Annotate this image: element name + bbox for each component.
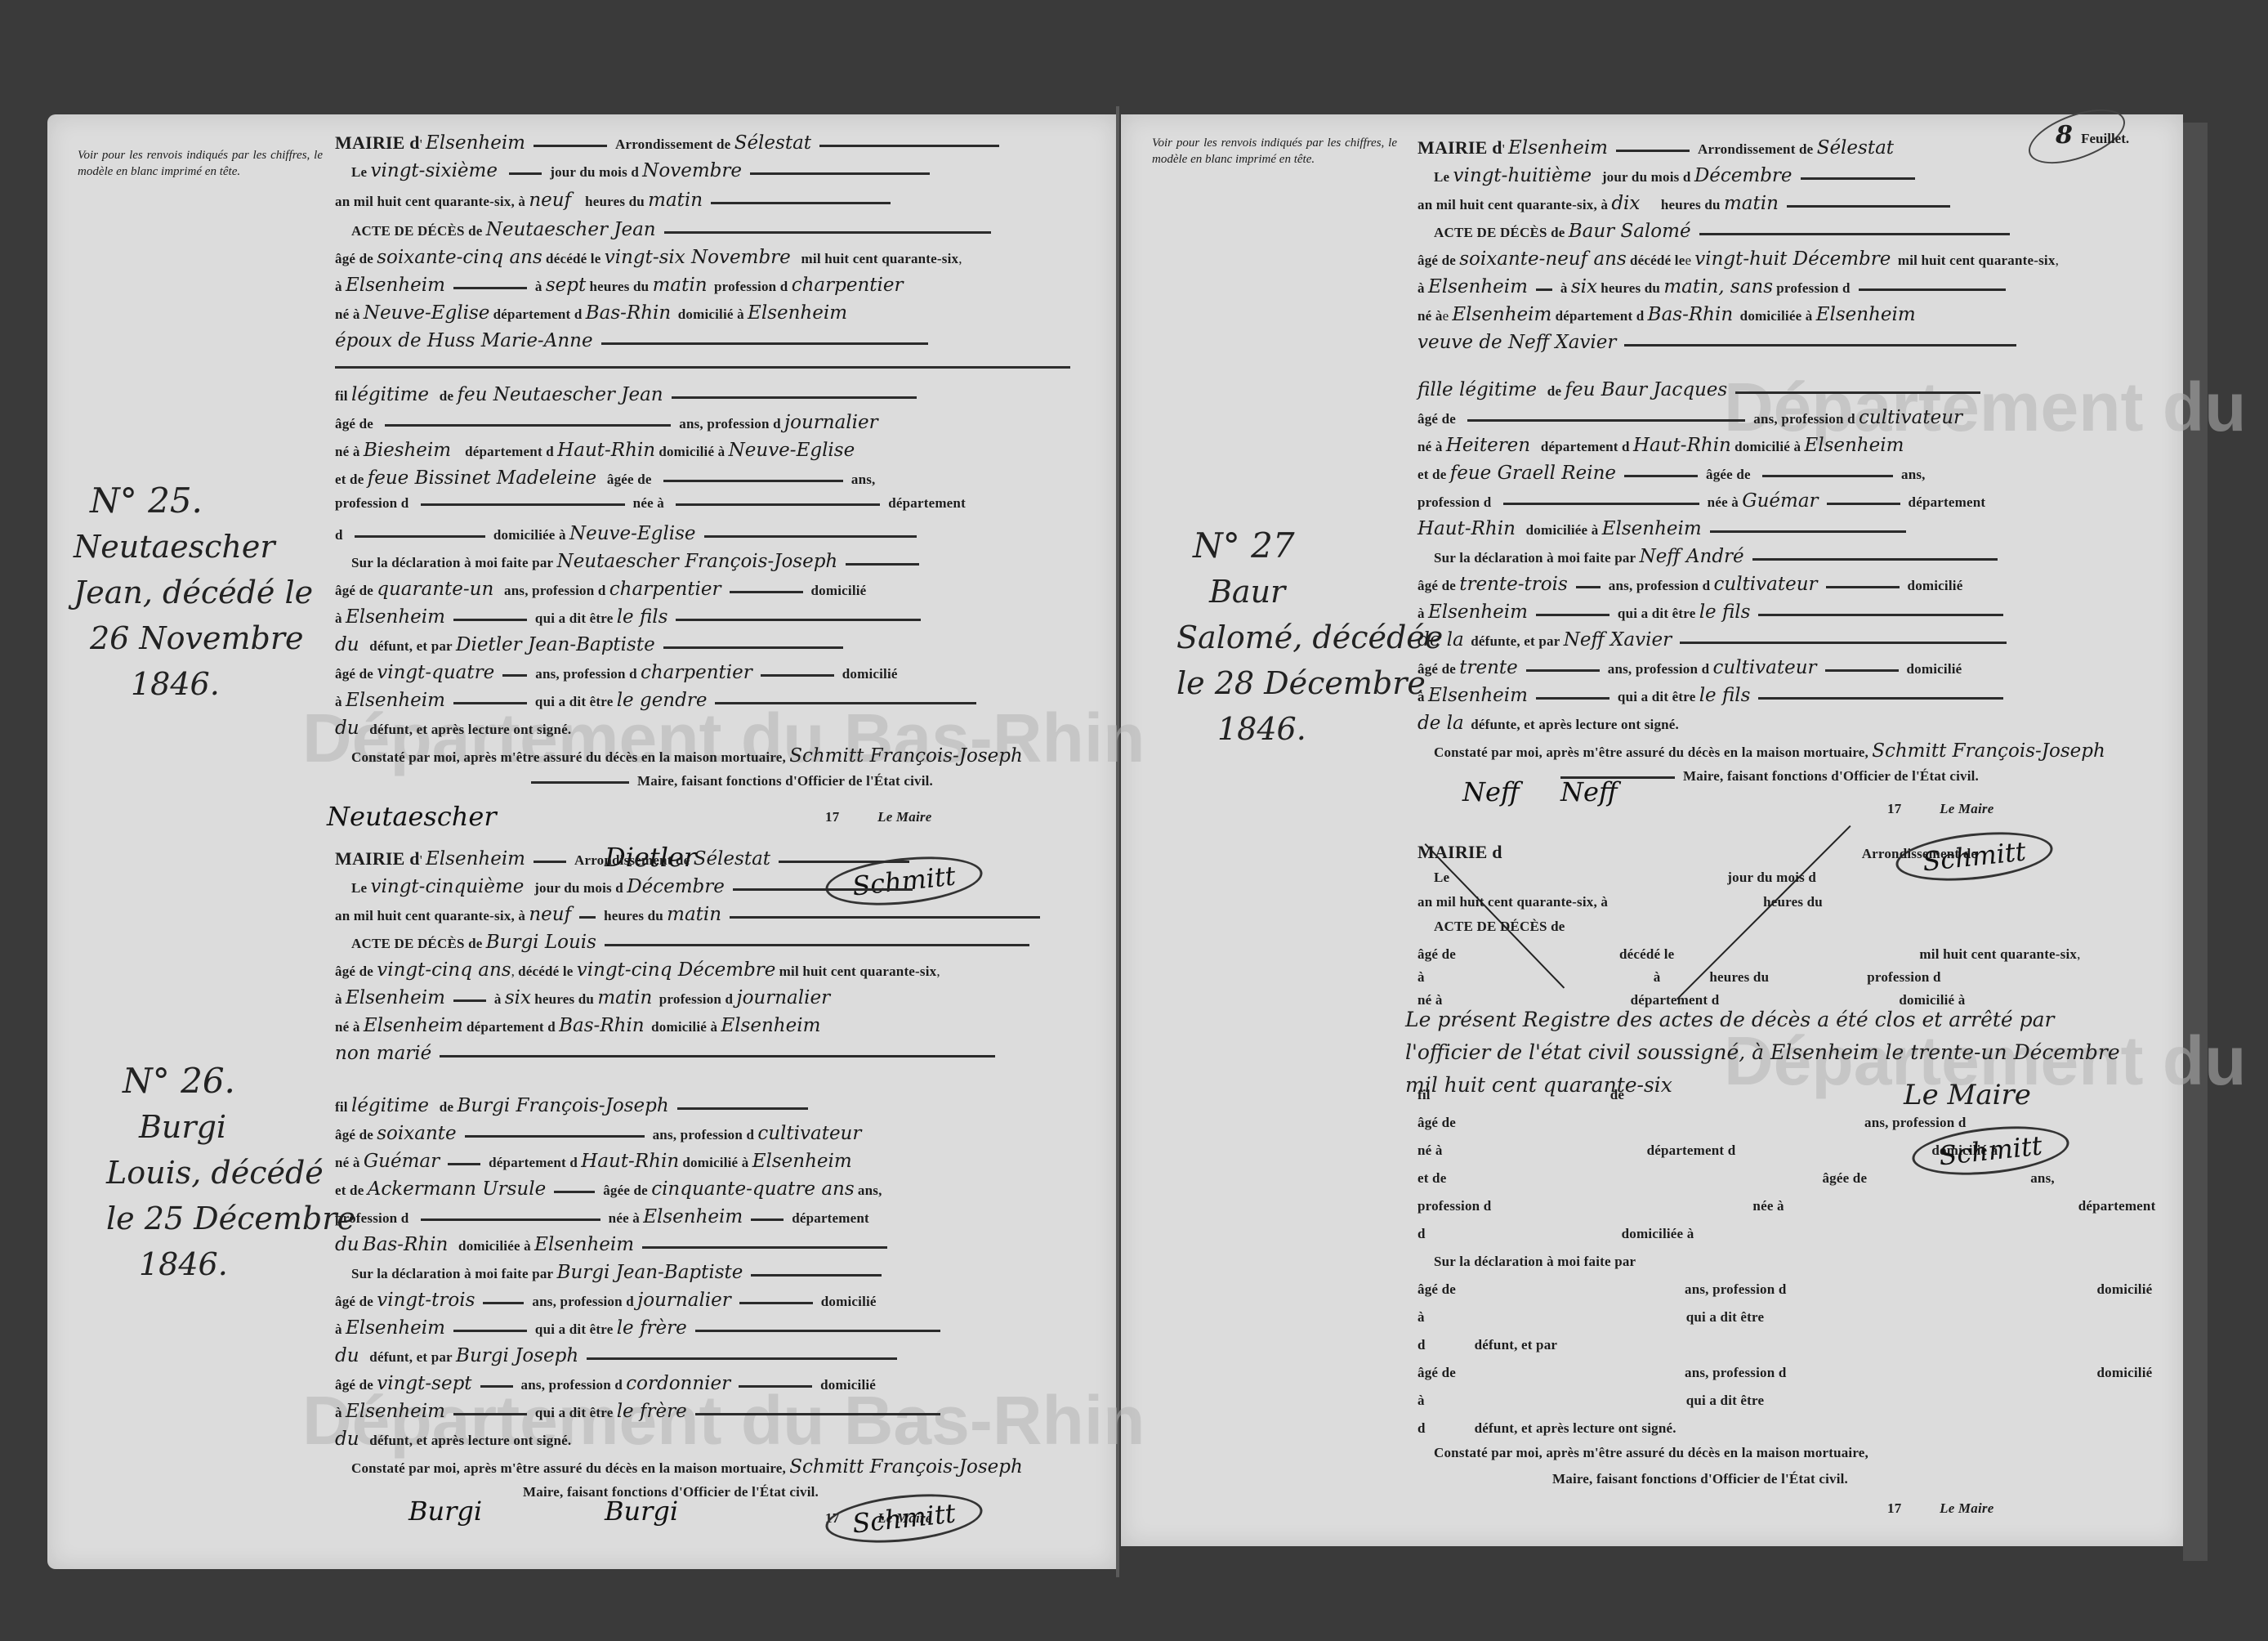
signature-declarant-2: Burgi: [605, 1496, 678, 1527]
leaf-number-value: 8: [2056, 121, 2073, 150]
declarant-1: Neutaescher François-Joseph: [557, 551, 838, 572]
signature-declarant-1: Burgi: [409, 1496, 482, 1527]
margin-entry-act-25: N° 25. Neutaescher Jean, décédé le 26 No…: [74, 478, 313, 707]
signature-declarant-1: Neutaescher: [327, 801, 497, 832]
mairie-value: Elsenheim: [426, 132, 525, 154]
deceased-name: Neutaescher Jean: [486, 219, 656, 240]
closing-signature-title: Le Maire: [1904, 1079, 2031, 1111]
signature-declarant-2: Neff: [1560, 776, 1618, 807]
signature-declarant-1: Neff: [1462, 776, 1520, 807]
leaf-label: Feuillet.: [2081, 131, 2129, 146]
margin-entry-act-27: N° 27 Baur Salomé, décédée le 28 Décembr…: [1176, 523, 1443, 752]
book-edge-right: [2183, 123, 2208, 1561]
margin-instruction: Voir pour les renvois indiqués par les c…: [1152, 135, 1397, 168]
leaf-number: 8 Feuillet.: [2056, 121, 2129, 150]
margin-entry-act-26: N° 26. Burgi Louis, décédé le 25 Décembr…: [106, 1058, 355, 1287]
book-binding: [1116, 106, 1119, 1577]
margin-instruction: Voir pour les renvois indiqués par les c…: [78, 147, 323, 180]
declarant-2: Dietler Jean-Baptiste: [456, 634, 655, 655]
officer-name: Schmitt François-Joseph: [789, 745, 1023, 767]
arrondissement-value: Sélestat: [734, 132, 811, 154]
right-page: [1121, 114, 2183, 1546]
